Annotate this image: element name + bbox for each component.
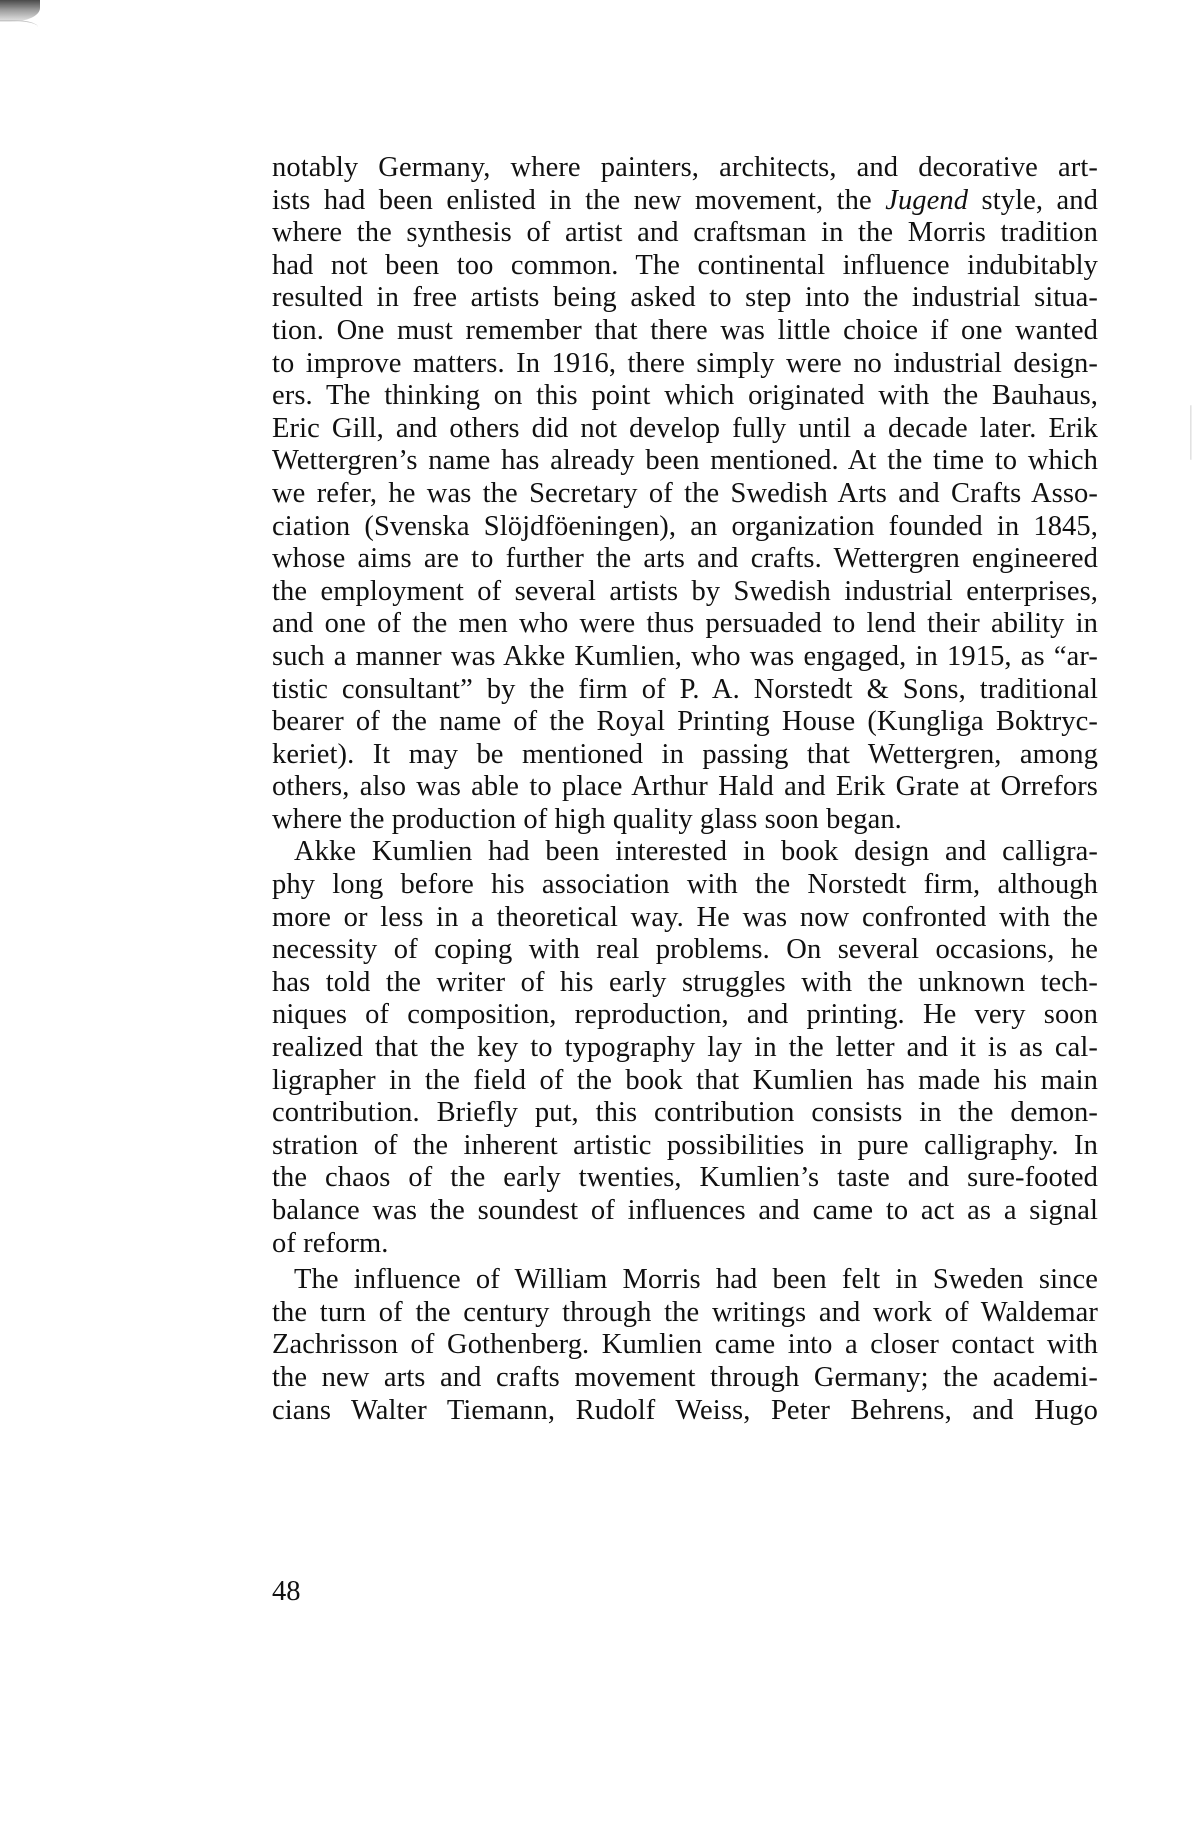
text-line: such a manner was Akke Kumlien, who was … xyxy=(272,641,1098,674)
text-line: ists had been enlisted in the new moveme… xyxy=(272,185,1098,218)
text-line: keriet). It may be mentioned in passing … xyxy=(272,739,1098,772)
text-line: Wettergren’s name has already been menti… xyxy=(272,445,1098,478)
italic-term: Jugend xyxy=(885,185,968,216)
text-line: we refer, he was the Secretary of the Sw… xyxy=(272,478,1098,511)
text-line: the new arts and crafts movement through… xyxy=(272,1362,1098,1395)
scan-page-corner-artifact xyxy=(0,0,40,22)
paragraph-2: Akke Kumlien had been interested in book… xyxy=(272,836,1098,1260)
text-line: ciation (Svenska Slöjdföeningen), an org… xyxy=(272,511,1098,544)
text-line: contribution. Briefly put, this contribu… xyxy=(272,1097,1098,1130)
text-line: Akke Kumlien had been interested in book… xyxy=(272,836,1098,869)
text-line: cians Walter Tiemann, Rudolf Weiss, Pete… xyxy=(272,1395,1098,1428)
text-line: of reform. xyxy=(272,1228,1098,1261)
text-line: the turn of the century through the writ… xyxy=(272,1297,1098,1330)
text-line: realized that the key to typography lay … xyxy=(272,1032,1098,1065)
text-line: ers. The thinking on this point which or… xyxy=(272,380,1098,413)
paragraph-1: notably Germany, where painters, archite… xyxy=(272,152,1098,836)
body-text: notably Germany, where painters, archite… xyxy=(272,152,1098,1427)
text-line: whose aims are to further the arts and c… xyxy=(272,543,1098,576)
text-line: phy long before his association with the… xyxy=(272,869,1098,902)
text-line: where the synthesis of artist and crafts… xyxy=(272,217,1098,250)
text-line: had not been too common. The continental… xyxy=(272,250,1098,283)
text-line: others, also was able to place Arthur Ha… xyxy=(272,771,1098,804)
text-line: the employment of several artists by Swe… xyxy=(272,576,1098,609)
text-line: more or less in a theoretical way. He wa… xyxy=(272,902,1098,935)
text-line: balance was the soundest of influences a… xyxy=(272,1195,1098,1228)
text-line: where the production of high quality gla… xyxy=(272,804,1098,837)
text-line: necessity of coping with real problems. … xyxy=(272,934,1098,967)
text-line: resulted in free artists being asked to … xyxy=(272,282,1098,315)
page-number: 48 xyxy=(272,1576,301,1608)
text-line: to improve matters. In 1916, there simpl… xyxy=(272,348,1098,381)
text-line: niques of composition, reproduction, and… xyxy=(272,999,1098,1032)
text-line: The influence of William Morris had been… xyxy=(272,1264,1098,1297)
text-line: tistic consultant” by the firm of P. A. … xyxy=(272,674,1098,707)
text-line: bearer of the name of the Royal Printing… xyxy=(272,706,1098,739)
text-line: ligrapher in the field of the book that … xyxy=(272,1065,1098,1098)
text-line: and one of the men who were thus persuad… xyxy=(272,608,1098,641)
text-line: notably Germany, where painters, archite… xyxy=(272,152,1098,185)
text-line: has told the writer of his early struggl… xyxy=(272,967,1098,1000)
text-line: tion. One must remember that there was l… xyxy=(272,315,1098,348)
text-line: Eric Gill, and others did not develop fu… xyxy=(272,413,1098,446)
paragraph-3: The influence of William Morris had been… xyxy=(272,1264,1098,1427)
text-line: stration of the inherent artistic possib… xyxy=(272,1130,1098,1163)
text-line: Zachrisson of Gothenberg. Kumlien came i… xyxy=(272,1329,1098,1362)
text-line: the chaos of the early twenties, Kumlien… xyxy=(272,1162,1098,1195)
